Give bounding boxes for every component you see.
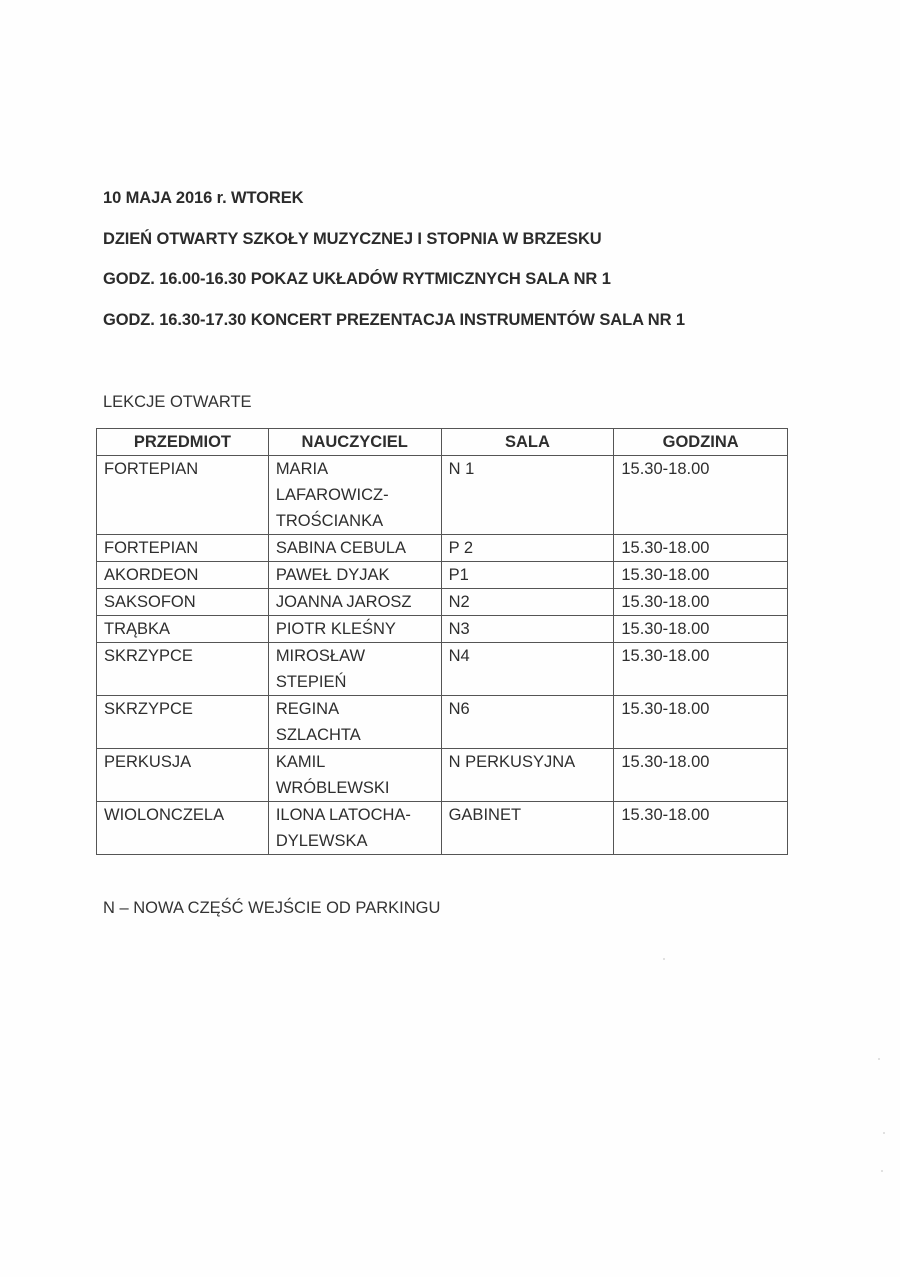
scan-speck <box>883 1132 885 1134</box>
subject-cell: AKORDEON <box>97 562 269 589</box>
section-label: LEKCJE OTWARTE <box>103 393 252 412</box>
subject-cell: TRĄBKA <box>97 616 269 643</box>
subject-cell: SKRZYPCE <box>97 696 269 749</box>
scan-speck <box>878 1058 880 1060</box>
time-cell: 15.30-18.00 <box>614 562 788 589</box>
event-title: DZIEŃ OTWARTY SZKOŁY MUZYCZNEJ I STOPNIA… <box>103 230 602 249</box>
teacher-cell: ILONA LATOCHA-DYLEWSKA <box>268 802 441 855</box>
column-header: GODZINA <box>614 429 788 456</box>
subject-cell: FORTEPIAN <box>97 535 269 562</box>
column-header: SALA <box>441 429 614 456</box>
teacher-cell: MARIALAFAROWICZ-TROŚCIANKA <box>268 456 441 535</box>
teacher-cell: REGINASZLACHTA <box>268 696 441 749</box>
subject-cell: PERKUSJA <box>97 749 269 802</box>
time-cell: 15.30-18.00 <box>614 749 788 802</box>
teacher-cell: SABINA CEBULA <box>268 535 441 562</box>
table-row: FORTEPIANMARIALAFAROWICZ-TROŚCIANKAN 115… <box>97 456 788 535</box>
column-header: NAUCZYCIEL <box>268 429 441 456</box>
scan-speck <box>881 1170 883 1172</box>
event-schedule-item: GODZ. 16.30-17.30 KONCERT PREZENTACJA IN… <box>103 311 685 330</box>
table-row: WIOLONCZELAILONA LATOCHA-DYLEWSKAGABINET… <box>97 802 788 855</box>
table-row: TRĄBKAPIOTR KLEŚNYN315.30-18.00 <box>97 616 788 643</box>
room-cell: P1 <box>441 562 614 589</box>
room-cell: P 2 <box>441 535 614 562</box>
table-row: SAKSOFONJOANNA JAROSZN215.30-18.00 <box>97 589 788 616</box>
scan-speck <box>663 958 665 960</box>
scanned-page: 10 MAJA 2016 r. WTOREK DZIEŃ OTWARTY SZK… <box>0 0 900 1277</box>
table-row: AKORDEONPAWEŁ DYJAKP115.30-18.00 <box>97 562 788 589</box>
table-row: PERKUSJAKAMILWRÓBLEWSKIN PERKUSYJNA15.30… <box>97 749 788 802</box>
time-cell: 15.30-18.00 <box>614 696 788 749</box>
table-row: FORTEPIANSABINA CEBULAP 215.30-18.00 <box>97 535 788 562</box>
room-cell: N2 <box>441 589 614 616</box>
teacher-cell: MIROSŁAWSTEPIEŃ <box>268 643 441 696</box>
time-cell: 15.30-18.00 <box>614 535 788 562</box>
teacher-cell: PAWEŁ DYJAK <box>268 562 441 589</box>
time-cell: 15.30-18.00 <box>614 802 788 855</box>
room-cell: N3 <box>441 616 614 643</box>
table-row: SKRZYPCEREGINASZLACHTAN615.30-18.00 <box>97 696 788 749</box>
time-cell: 15.30-18.00 <box>614 616 788 643</box>
open-lessons-table: PRZEDMIOT NAUCZYCIEL SALA GODZINA FORTEP… <box>96 428 788 855</box>
room-cell: N PERKUSYJNA <box>441 749 614 802</box>
footnote: N – NOWA CZĘŚĆ WEJŚCIE OD PARKINGU <box>103 899 440 918</box>
teacher-cell: PIOTR KLEŚNY <box>268 616 441 643</box>
subject-cell: FORTEPIAN <box>97 456 269 535</box>
time-cell: 15.30-18.00 <box>614 456 788 535</box>
table-header-row: PRZEDMIOT NAUCZYCIEL SALA GODZINA <box>97 429 788 456</box>
room-cell: N6 <box>441 696 614 749</box>
time-cell: 15.30-18.00 <box>614 589 788 616</box>
room-cell: GABINET <box>441 802 614 855</box>
teacher-cell: KAMILWRÓBLEWSKI <box>268 749 441 802</box>
room-cell: N 1 <box>441 456 614 535</box>
room-cell: N4 <box>441 643 614 696</box>
table-row: SKRZYPCEMIROSŁAWSTEPIEŃN415.30-18.00 <box>97 643 788 696</box>
teacher-cell: JOANNA JAROSZ <box>268 589 441 616</box>
subject-cell: SAKSOFON <box>97 589 269 616</box>
subject-cell: WIOLONCZELA <box>97 802 269 855</box>
subject-cell: SKRZYPCE <box>97 643 269 696</box>
event-schedule-item: GODZ. 16.00-16.30 POKAZ UKŁADÓW RYTMICZN… <box>103 270 611 289</box>
column-header: PRZEDMIOT <box>97 429 269 456</box>
time-cell: 15.30-18.00 <box>614 643 788 696</box>
event-date: 10 MAJA 2016 r. WTOREK <box>103 189 303 208</box>
